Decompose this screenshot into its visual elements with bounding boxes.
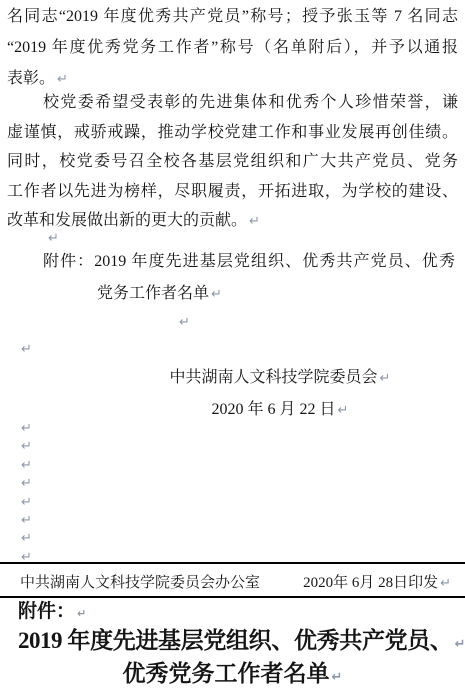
paragraph-mark-icon: ↵ — [21, 475, 32, 493]
attachment-note-line: 党务工作者名单↵ — [97, 278, 455, 311]
attachment-note: 附件：2019 年度先进基层党组织、优秀共产党员、优秀 党务工作者名单↵ — [43, 246, 455, 311]
signature-date: 2020 年 6 月 22 日 — [212, 401, 336, 418]
body-text: 改革和发展做出新的更大的贡献。 — [7, 212, 247, 229]
empty-paragraph-marks: ↵ ↵ ↵ ↵ ↵ ↵ ↵ ↵ — [19, 420, 32, 567]
attachment-label: 附件： — [43, 253, 94, 270]
paragraph-mark-icon: ↵ — [21, 342, 32, 357]
paragraph-mark-icon: ↵ — [21, 457, 32, 475]
paragraph-mark-icon: ↵ — [455, 637, 465, 652]
body-line: 同时，校党委号召全校各基层党组织和广大共产党员、党务 — [7, 147, 458, 177]
paragraph-mark-icon: ↵ — [77, 607, 86, 620]
paragraph-mark-icon: ↵ — [21, 494, 32, 512]
signature-org-line: 中共湖南人文科技学院委员会↵ — [95, 362, 465, 394]
paragraph-mark-icon: ↵ — [179, 315, 190, 330]
footer-top-rule — [0, 562, 465, 564]
appendix-title-text: 2019 年度先进基层党组织、优秀共产党员、 — [18, 628, 453, 653]
paragraph-mark-icon: ↵ — [249, 214, 260, 229]
attachment-text: 党务工作者名单 — [97, 285, 209, 302]
body-paragraph-2: 校党委希望受表彰的先进集体和优秀个人珍惜荣誉，谦 虚谨慎，戒骄戒躁，推动学校党建… — [7, 88, 458, 237]
paragraph-mark-icon: ↵ — [380, 371, 391, 386]
document-page: 名同志“2019 年度优秀共产党员”称号；授予张玉等 7 名同志 “2019 年… — [0, 0, 465, 690]
signature-date-line: 2020 年 6 月 22 日↵ — [95, 394, 465, 426]
footer-bottom-rule — [0, 596, 465, 598]
print-footer: 中共湖南人文科技学院委员会办公室 2020年 6月 28日印发↵ — [20, 573, 451, 594]
appendix-title-line-2: 优秀党务工作者名单↵ — [0, 657, 465, 690]
footer-print-date: 2020年 6月 28日印发 — [303, 575, 438, 591]
appendix-label-line: 附件：↵ — [18, 600, 86, 626]
paragraph-mark-icon: ↵ — [48, 231, 59, 246]
paragraph-mark-icon: ↵ — [440, 576, 451, 591]
body-text: 表彰。 — [7, 70, 55, 87]
paragraph-mark-icon: ↵ — [21, 438, 32, 456]
paragraph-mark-icon: ↵ — [21, 530, 32, 548]
paragraph-mark-icon: ↵ — [332, 670, 343, 685]
body-line: 名同志“2019 年度优秀共产党员”称号；授予张玉等 7 名同志 — [7, 1, 458, 32]
paragraph-mark-icon: ↵ — [21, 420, 32, 438]
attachment-note-line: 附件：2019 年度先进基层党组织、优秀共产党员、优秀 — [43, 246, 455, 278]
body-paragraph-1: 名同志“2019 年度优秀共产党员”称号；授予张玉等 7 名同志 “2019 年… — [7, 1, 458, 95]
body-line: 校党委希望受表彰的先进集体和优秀个人珍惜荣誉，谦 — [7, 88, 458, 118]
paragraph-mark-icon: ↵ — [57, 72, 68, 87]
signature-block: 中共湖南人文科技学院委员会↵ 2020 年 6 月 22 日↵ — [95, 362, 465, 426]
paragraph-mark-icon: ↵ — [21, 512, 32, 530]
footer-office: 中共湖南人文科技学院委员会办公室 — [20, 573, 260, 593]
appendix-title-text: 优秀党务工作者名单 — [123, 661, 330, 686]
signature-org: 中共湖南人文科技学院委员会 — [170, 369, 378, 386]
appendix-label: 附件： — [18, 601, 75, 622]
attachment-text: 2019 年度先进基层党组织、优秀共产党员、优秀 — [94, 253, 455, 270]
body-line: “2019 年度优秀党务工作者”称号（名单附后），并予以通报 — [7, 32, 458, 63]
paragraph-mark-icon: ↵ — [21, 549, 32, 567]
body-line: 虚谨慎，戒骄戒躁，推动学校党建工作和事业发展再创佳绩。 — [7, 118, 458, 148]
body-line: 改革和发展做出新的更大的贡献。↵ — [7, 206, 458, 237]
paragraph-mark-icon: ↵ — [338, 403, 349, 418]
body-line: 工作者以先进为榜样，尽职履责，开拓进取，为学校的建设、 — [7, 177, 458, 207]
footer-print-date-line: 2020年 6月 28日印发↵ — [303, 573, 451, 594]
paragraph-mark-icon: ↵ — [211, 287, 222, 302]
